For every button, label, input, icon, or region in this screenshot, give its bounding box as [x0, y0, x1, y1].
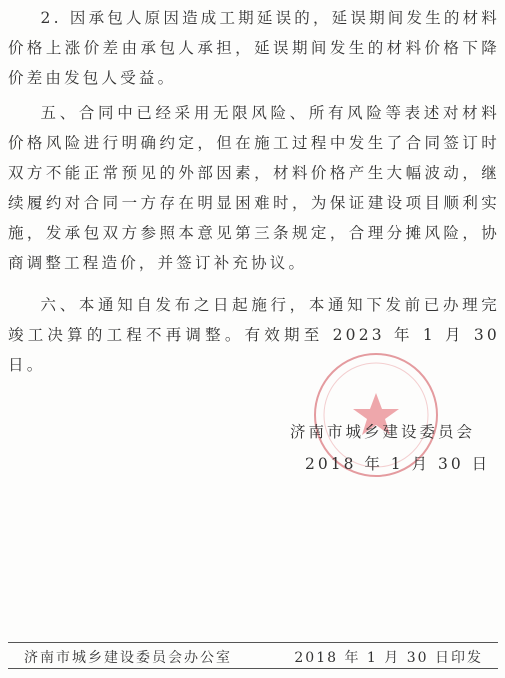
- paragraph-item-2: 2. 因承包人原因造成工期延误的，延误期间发生的材料价格上涨价差由承包人承担，延…: [8, 3, 500, 93]
- footer-divider-top: [8, 642, 498, 643]
- paragraph-section-5: 五、合同中已经采用无限风险、所有风险等表述对材料价格风险进行明确约定，但在施工过…: [8, 98, 500, 278]
- signature-organization: 济南市城乡建设委员会: [290, 420, 475, 442]
- signature-date: 2018 年 1 月 30 日: [305, 452, 490, 474]
- footer-print-date: 2018 年 1 月 30 日印发: [294, 647, 483, 667]
- footer-divider-bottom: [8, 668, 498, 669]
- footer-issuer: 济南市城乡建设委员会办公室: [24, 647, 232, 667]
